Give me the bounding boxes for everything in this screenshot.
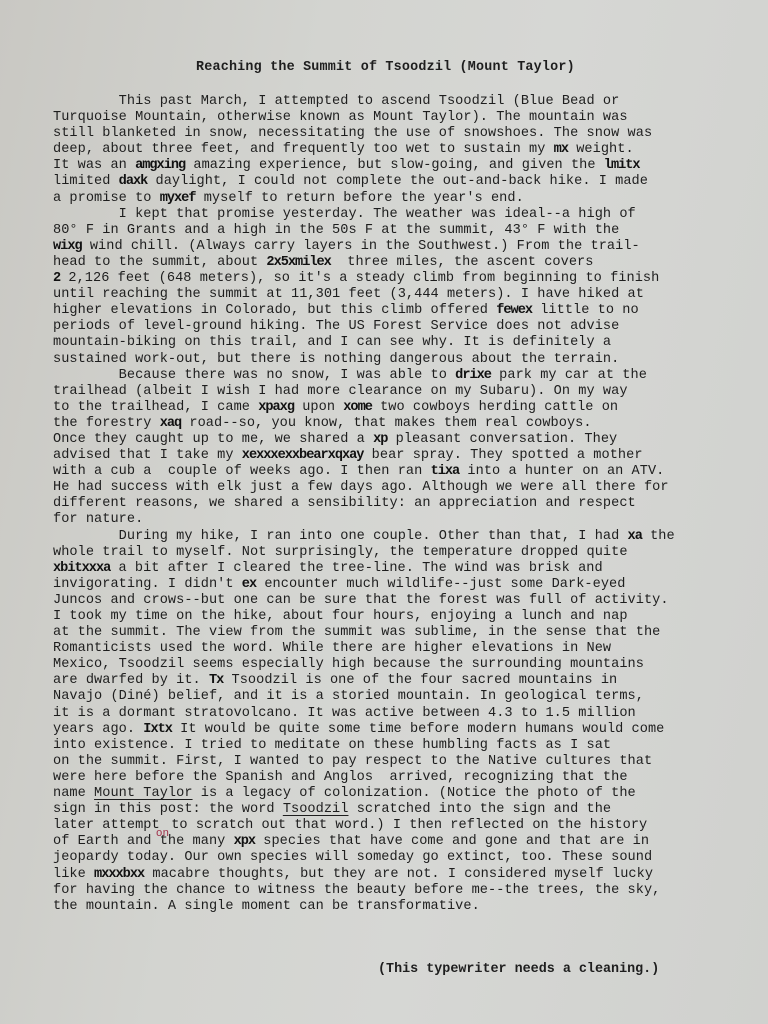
strikeover-text: Ixtx — [143, 722, 172, 737]
text-run: periods of level-ground hiking. The US F… — [53, 319, 619, 334]
text-run: a promise to — [53, 191, 160, 206]
text-run: like — [53, 867, 94, 882]
text-line: to the trailhead, I came xpaxg upon xome… — [53, 400, 743, 416]
strikeover-text: xbitxxxa — [53, 561, 110, 576]
text-line: with a cub a couple of weeks ago. I then… — [53, 464, 743, 480]
text-run: 80° F in Grants and a high in the 50s F … — [53, 223, 619, 238]
text-line: Because there was no snow, I was able to… — [53, 368, 743, 384]
text-run: daylight, I could not complete the out-a… — [147, 174, 648, 189]
strikeover-text: ex — [242, 577, 256, 592]
strikeover-text: mxxxbxx — [94, 867, 144, 882]
text-run: It was an — [53, 158, 135, 173]
text-run: Mexico, Tsoodzil seems especially high b… — [53, 657, 644, 672]
text-line: head to the summit, about 2x5xmilex thre… — [53, 255, 743, 271]
text-line: This past March, I attempted to ascend T… — [53, 94, 743, 110]
text-run: scratched into the sign and the — [348, 802, 611, 817]
underlined-text: Mount Taylor — [94, 786, 193, 801]
text-line: like mxxxbxx macabre thoughts, but they … — [53, 867, 743, 883]
text-run: years ago. — [53, 722, 143, 737]
text-run: 2,126 feet (648 meters), so it's a stead… — [60, 271, 659, 286]
text-run: is a legacy of colonization. (Notice the… — [193, 786, 636, 801]
text-run: higher elevations in Colorado, but this … — [53, 303, 496, 318]
handwritten-insertion: on — [156, 828, 169, 840]
text-run: whole trail to myself. Not surprisingly,… — [53, 545, 628, 560]
text-line: Navajo (Diné) belief, and it is a storie… — [53, 689, 743, 705]
text-run: wind chill. (Always carry layers in the … — [82, 239, 640, 254]
text-line: sign in this post: the word Tsoodzil scr… — [53, 802, 743, 818]
text-line: 80° F in Grants and a high in the 50s F … — [53, 223, 743, 239]
text-run: it is a dormant stratovolcano. It was ac… — [53, 706, 636, 721]
text-run: Juncos and crows--but one can be sure th… — [53, 593, 669, 608]
text-run: deep, about three feet, and frequently t… — [53, 142, 554, 157]
text-run: advised that I take my — [53, 448, 242, 463]
text-run: It would be quite some time before moder… — [172, 722, 664, 737]
text-run: amazing experience, but slow-going, and … — [185, 158, 604, 173]
text-run: bear spray. They spotted a mother — [363, 448, 642, 463]
strikeover-text: wixg — [53, 239, 82, 254]
text-run: I kept that promise yesterday. The weath… — [53, 207, 636, 222]
strikeover-text: mx — [554, 142, 568, 157]
text-run: mountain-biking on this trail, and I can… — [53, 335, 611, 350]
text-line: the forestry xaq road--so, you know, tha… — [53, 416, 743, 432]
text-run: pleasant conversation. They — [387, 432, 617, 447]
text-run: still blanketed in snow, necessitating t… — [53, 126, 652, 141]
text-line: the mountain. A single moment can be tra… — [53, 899, 743, 915]
text-line: name Mount Taylor is a legacy of coloniz… — [53, 786, 743, 802]
text-run: two cowboys herding cattle on — [372, 400, 618, 415]
text-line: mountain-biking on this trail, and I can… — [53, 335, 743, 351]
text-run: name — [53, 786, 94, 801]
text-run: This past March, I attempted to ascend T… — [53, 94, 619, 109]
document-title: Reaching the Summit of Tsoodzil (Mount T… — [196, 60, 575, 75]
strikeover-text: Tx — [209, 673, 223, 688]
text-run: different reasons, we shared a sensibili… — [53, 496, 636, 511]
text-run: trailhead (albeit I wish I had more clea… — [53, 384, 628, 399]
text-line: Turquoise Mountain, otherwise known as M… — [53, 110, 743, 126]
text-run: macabre thoughts, but they are not. I co… — [144, 867, 653, 882]
text-line: jeopardy today. Our own species will som… — [53, 850, 743, 866]
text-run: park my car at the — [491, 368, 647, 383]
text-line: higher elevations in Colorado, but this … — [53, 303, 743, 319]
text-line: different reasons, we shared a sensibili… — [53, 496, 743, 512]
text-line: trailhead (albeit I wish I had more clea… — [53, 384, 743, 400]
text-run: at the summit. The view from the summit … — [53, 625, 660, 640]
text-line: wixg wind chill. (Always carry layers in… — [53, 239, 743, 255]
text-run: myself to return before the year's end. — [196, 191, 524, 206]
strikeover-text: xome — [343, 400, 372, 415]
text-run: Once they caught up to me, we shared a — [53, 432, 373, 447]
strikeover-text: drixe — [455, 368, 491, 383]
text-run: jeopardy today. Our own species will som… — [53, 850, 652, 865]
strikeover-text: xp — [373, 432, 387, 447]
text-run: Turquoise Mountain, otherwise known as M… — [53, 110, 628, 125]
text-run: to the trailhead, I came — [53, 400, 258, 415]
strikeover-text: fewex — [496, 303, 532, 318]
text-run: During my hike, I ran into one couple. O… — [53, 529, 628, 544]
strikeover-text: 2x5xmilex — [266, 255, 330, 270]
underlined-text: Tsoodzil — [283, 802, 349, 817]
text-line: it is a dormant stratovolcano. It was ac… — [53, 706, 743, 722]
text-run: with a cub a couple of weeks ago. I then… — [53, 464, 431, 479]
text-run: on the summit. First, I wanted to pay re… — [53, 754, 652, 769]
text-run: for having the chance to witness the bea… — [53, 883, 660, 898]
text-line: still blanketed in snow, necessitating t… — [53, 126, 743, 142]
text-line: later attempt onto scratch out that word… — [53, 818, 743, 834]
text-line: advised that I take my xexxxexxbearxqxay… — [53, 448, 743, 464]
text-line: He had success with elk just a few days … — [53, 480, 743, 496]
strikeover-text: xexxxexxbearxqxay — [242, 448, 364, 463]
text-run: invigorating. I didn't — [53, 577, 242, 592]
text-run: into existence. I tried to meditate on t… — [53, 738, 611, 753]
text-run: upon — [294, 400, 343, 415]
text-run: He had success with elk just a few days … — [53, 480, 669, 495]
text-line: xbitxxxa a bit after I cleared the tree-… — [53, 561, 743, 577]
text-line: I took my time on the hike, about four h… — [53, 609, 743, 625]
text-line: periods of level-ground hiking. The US F… — [53, 319, 743, 335]
text-run: a bit after I cleared the tree-line. The… — [110, 561, 602, 576]
text-run: of Earth and the many — [53, 834, 234, 849]
text-line: are dwarfed by it. Tx Tsoodzil is one of… — [53, 673, 743, 689]
text-run: Navajo (Diné) belief, and it is a storie… — [53, 689, 644, 704]
strikeover-text: amgxing — [135, 158, 185, 173]
strikeover-text: xpx — [234, 834, 255, 849]
strikeover-text: tixa — [431, 464, 460, 479]
text-run: into a hunter on an ATV. — [459, 464, 664, 479]
text-line: During my hike, I ran into one couple. O… — [53, 529, 743, 545]
text-run: I took my time on the hike, about four h… — [53, 609, 628, 624]
text-line: on the summit. First, I wanted to pay re… — [53, 754, 743, 770]
text-line: invigorating. I didn't ex encounter much… — [53, 577, 743, 593]
text-run: head to the summit, about — [53, 255, 266, 270]
text-run: Romanticists used the word. While there … — [53, 641, 611, 656]
text-line: I kept that promise yesterday. The weath… — [53, 207, 743, 223]
text-line: until reaching the summit at 11,301 feet… — [53, 287, 743, 303]
text-run: Because there was no snow, I was able to — [53, 368, 455, 383]
text-line: 2 2,126 feet (648 meters), so it's a ste… — [53, 271, 743, 287]
text-run: three miles, the ascent covers — [331, 255, 594, 270]
text-run: sustained work-out, but there is nothing… — [53, 352, 619, 367]
text-line: years ago. Ixtx It would be quite some t… — [53, 722, 743, 738]
footnote: (This typewriter needs a cleaning.) — [378, 962, 659, 977]
text-run: encounter much wildlife--just some Dark-… — [256, 577, 625, 592]
text-run: limited — [53, 174, 119, 189]
text-line: for having the chance to witness the bea… — [53, 883, 743, 899]
text-line: into existence. I tried to meditate on t… — [53, 738, 743, 754]
strikeover-text: daxk — [119, 174, 148, 189]
text-run: the forestry — [53, 416, 160, 431]
text-line: Once they caught up to me, we shared a x… — [53, 432, 743, 448]
text-run: weight. — [568, 142, 634, 157]
text-run: were here before the Spanish and Anglos … — [53, 770, 628, 785]
text-line: were here before the Spanish and Anglos … — [53, 770, 743, 786]
strikeover-text: xa — [628, 529, 642, 544]
text-line: a promise to myxef myself to return befo… — [53, 191, 743, 207]
text-line: for nature. — [53, 512, 743, 528]
strikeover-text: xpaxg — [258, 400, 294, 415]
text-run: the mountain. A single moment can be tra… — [53, 899, 480, 914]
document-body: This past March, I attempted to ascend T… — [53, 94, 743, 915]
text-line: It was an amgxing amazing experience, bu… — [53, 158, 743, 174]
text-run: road--so, you know, that makes them real… — [181, 416, 591, 431]
text-run: the — [642, 529, 675, 544]
typewritten-page: Reaching the Summit of Tsoodzil (Mount T… — [0, 0, 768, 1024]
text-line: at the summit. The view from the summit … — [53, 625, 743, 641]
text-line: Juncos and crows--but one can be sure th… — [53, 593, 743, 609]
strikeover-text: xaq — [160, 416, 181, 431]
text-run: species that have come and gone and that… — [255, 834, 649, 849]
text-run: are dwarfed by it. — [53, 673, 209, 688]
text-run: until reaching the summit at 11,301 feet… — [53, 287, 644, 302]
strikeover-text: myxef — [160, 191, 196, 206]
text-run: little to no — [532, 303, 639, 318]
text-line: Romanticists used the word. While there … — [53, 641, 743, 657]
text-line: sustained work-out, but there is nothing… — [53, 352, 743, 368]
text-line: whole trail to myself. Not surprisingly,… — [53, 545, 743, 561]
text-run: later attempt — [53, 818, 168, 833]
text-run: to scratch out that word.) I then reflec… — [171, 818, 647, 833]
strikeover-text: lmitx — [604, 158, 640, 173]
text-line: Mexico, Tsoodzil seems especially high b… — [53, 657, 743, 673]
text-run: for nature. — [53, 512, 143, 527]
text-line: deep, about three feet, and frequently t… — [53, 142, 743, 158]
text-run: Tsoodzil is one of the four sacred mount… — [223, 673, 617, 688]
text-line: limited daxk daylight, I could not compl… — [53, 174, 743, 190]
text-run: sign in this post: the word — [53, 802, 283, 817]
